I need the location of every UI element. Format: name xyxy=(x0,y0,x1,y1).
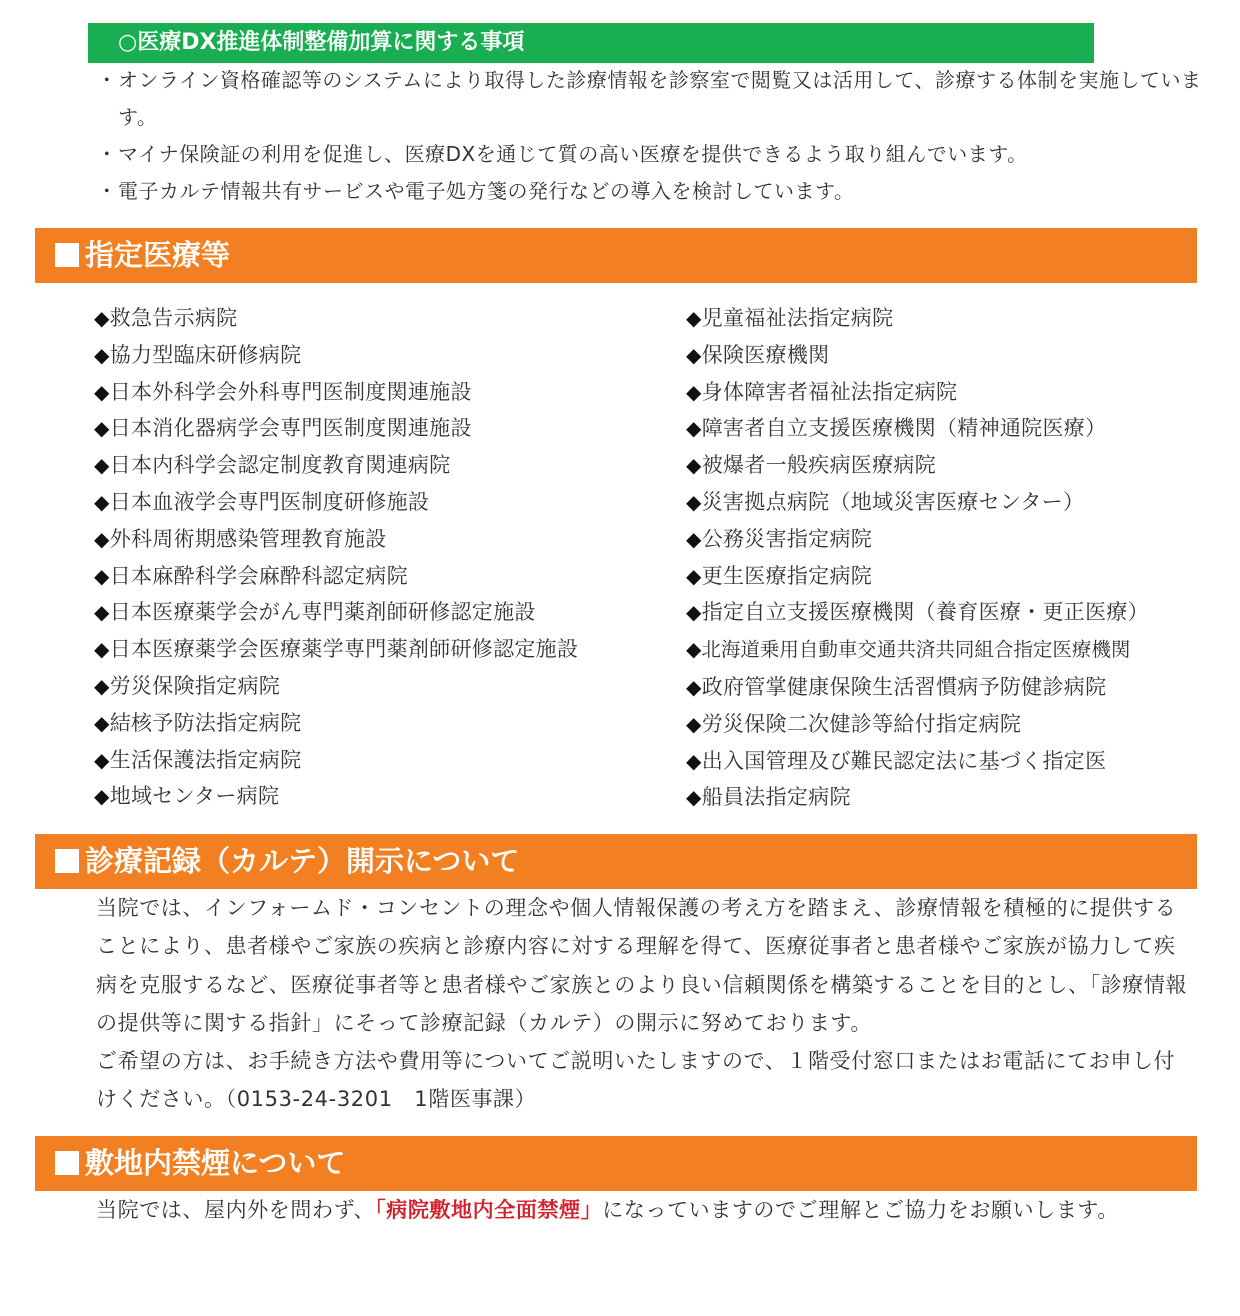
no-smoking-highlight: 「病院敷地内全面禁煙」 xyxy=(375,1198,602,1222)
diamond-bullet-icon: ◆ xyxy=(686,380,702,404)
dx-list-item: ・オンライン資格確認等のシステムにより取得した診療情報を診察室で閲覧又は活用して… xyxy=(96,62,1206,136)
diamond-bullet-icon: ◆ xyxy=(686,343,702,367)
diamond-bullet-icon: ◆ xyxy=(94,637,110,661)
diamond-bullet-icon: ◆ xyxy=(686,785,702,809)
designation-item: ◆外科周術期感染管理教育施設 xyxy=(94,521,578,558)
diamond-bullet-icon: ◆ xyxy=(686,600,702,624)
bullet-dot-icon: ・ xyxy=(96,62,118,99)
diamond-bullet-icon: ◆ xyxy=(94,527,110,551)
karte-paragraph-1: 当院では、インフォームド・コンセントの理念や個人情報保護の考え方を踏まえ、診療情… xyxy=(96,889,1196,1042)
designation-item: ◆指定自立支援医療機関（養育医療・更正医療） xyxy=(686,594,1149,631)
designation-item: ◆協力型臨床研修病院 xyxy=(94,337,578,374)
section-title: 診療記録（カルテ）開示について xyxy=(85,834,519,889)
diamond-bullet-icon: ◆ xyxy=(94,564,110,588)
diamond-bullet-icon: ◆ xyxy=(686,453,702,477)
dx-bullet-list: ・オンライン資格確認等のシステムにより取得した診療情報を診察室で閲覧又は活用して… xyxy=(96,62,1206,210)
section-title: 敷地内禁煙について xyxy=(85,1136,345,1191)
diamond-bullet-icon: ◆ xyxy=(94,600,110,624)
dx-list-item: ・マイナ保険証の利用を促進し、医療DXを通じて質の高い医療を提供できるよう取り組… xyxy=(96,136,1206,173)
diamond-bullet-icon: ◆ xyxy=(94,748,110,772)
designation-item: ◆労災保険二次健診等給付指定病院 xyxy=(686,706,1149,743)
designations-left-column: ◆救急告示病院 ◆協力型臨床研修病院 ◆日本外科学会外科専門医制度関連施設 ◆日… xyxy=(94,300,578,815)
designation-item: ◆労災保険指定病院 xyxy=(94,668,578,705)
designation-item: ◆被爆者一般疾病医療病院 xyxy=(686,447,1149,484)
designation-item: ◆日本内科学会認定制度教育関連病院 xyxy=(94,447,578,484)
smoking-policy-text: 当院では、屋内外を問わず、「病院敷地内全面禁煙」になっていますのでご理解とご協力… xyxy=(96,1191,1196,1229)
hospital-info-page: ○医療DX推進体制整備加算に関する事項 ・オンライン資格確認等のシステムにより取… xyxy=(0,0,1240,1316)
dx-section-header: ○医療DX推進体制整備加算に関する事項 xyxy=(88,23,1094,63)
section-title: 指定医療等 xyxy=(85,228,230,283)
bullet-dot-icon: ・ xyxy=(96,136,118,173)
dx-list-item: ・電子カルテ情報共有サービスや電子処方箋の発行などの導入を検討しています。 xyxy=(96,173,1206,210)
designation-item: ◆災害拠点病院（地域災害医療センター） xyxy=(686,484,1149,521)
diamond-bullet-icon: ◆ xyxy=(686,712,702,736)
designation-item: ◆保険医療機関 xyxy=(686,337,1149,374)
diamond-bullet-icon: ◆ xyxy=(686,675,702,699)
karte-section-header: 診療記録（カルテ）開示について xyxy=(35,834,1197,889)
karte-paragraph-2: ご希望の方は、お手続き方法や費用等についてご説明いたしますので、１階受付窓口また… xyxy=(96,1042,1196,1119)
diamond-bullet-icon: ◆ xyxy=(686,490,702,514)
diamond-bullet-icon: ◆ xyxy=(686,564,702,588)
designation-item: ◆生活保護法指定病院 xyxy=(94,742,578,779)
designation-item: ◆北海道乗用自動車交通共済共同組合指定医療機関 xyxy=(686,631,1149,669)
designation-item: ◆児童福祉法指定病院 xyxy=(686,300,1149,337)
designation-item: ◆障害者自立支援医療機関（精神通院医療） xyxy=(686,410,1149,447)
square-bullet-icon xyxy=(55,1151,79,1175)
diamond-bullet-icon: ◆ xyxy=(94,343,110,367)
diamond-bullet-icon: ◆ xyxy=(94,380,110,404)
designation-item: ◆出入国管理及び難民認定法に基づく指定医 xyxy=(686,743,1149,780)
designation-item: ◆公務災害指定病院 xyxy=(686,521,1149,558)
designation-item: ◆更生医療指定病院 xyxy=(686,558,1149,595)
designation-item: ◆救急告示病院 xyxy=(94,300,578,337)
diamond-bullet-icon: ◆ xyxy=(686,306,702,330)
diamond-bullet-icon: ◆ xyxy=(94,674,110,698)
designation-item: ◆地域センター病院 xyxy=(94,778,578,815)
diamond-bullet-icon: ◆ xyxy=(686,416,702,440)
designation-item: ◆身体障害者福祉法指定病院 xyxy=(686,374,1149,411)
diamond-bullet-icon: ◆ xyxy=(94,711,110,735)
diamond-bullet-icon: ◆ xyxy=(94,453,110,477)
designations-section-header: 指定医療等 xyxy=(35,228,1197,283)
designation-item: ◆日本消化器病学会専門医制度関連施設 xyxy=(94,410,578,447)
designation-item: ◆日本外科学会外科専門医制度関連施設 xyxy=(94,374,578,411)
designation-item: ◆船員法指定病院 xyxy=(686,779,1149,816)
designation-item: ◆日本血液学会専門医制度研修施設 xyxy=(94,484,578,521)
diamond-bullet-icon: ◆ xyxy=(94,306,110,330)
designation-item: ◆結核予防法指定病院 xyxy=(94,705,578,742)
designation-item: ◆日本医療薬学会医療薬学専門薬剤師研修認定施設 xyxy=(94,631,578,668)
diamond-bullet-icon: ◆ xyxy=(686,527,702,551)
diamond-bullet-icon: ◆ xyxy=(686,749,702,773)
smoking-section-header: 敷地内禁煙について xyxy=(35,1136,1197,1191)
designation-item: ◆日本麻酔科学会麻酔科認定病院 xyxy=(94,558,578,595)
square-bullet-icon xyxy=(55,849,79,873)
bullet-dot-icon: ・ xyxy=(96,173,118,210)
karte-disclosure-text: 当院では、インフォームド・コンセントの理念や個人情報保護の考え方を踏まえ、診療情… xyxy=(96,889,1196,1119)
square-bullet-icon xyxy=(55,243,79,267)
diamond-bullet-icon: ◆ xyxy=(94,784,110,808)
diamond-bullet-icon: ◆ xyxy=(94,416,110,440)
diamond-bullet-icon: ◆ xyxy=(94,490,110,514)
designation-item: ◆日本医療薬学会がん専門薬剤師研修認定施設 xyxy=(94,594,578,631)
designations-right-column: ◆児童福祉法指定病院 ◆保険医療機関 ◆身体障害者福祉法指定病院 ◆障害者自立支… xyxy=(686,300,1149,816)
diamond-bullet-icon: ◆ xyxy=(686,637,701,661)
designation-item: ◆政府管掌健康保険生活習慣病予防健診病院 xyxy=(686,669,1149,706)
